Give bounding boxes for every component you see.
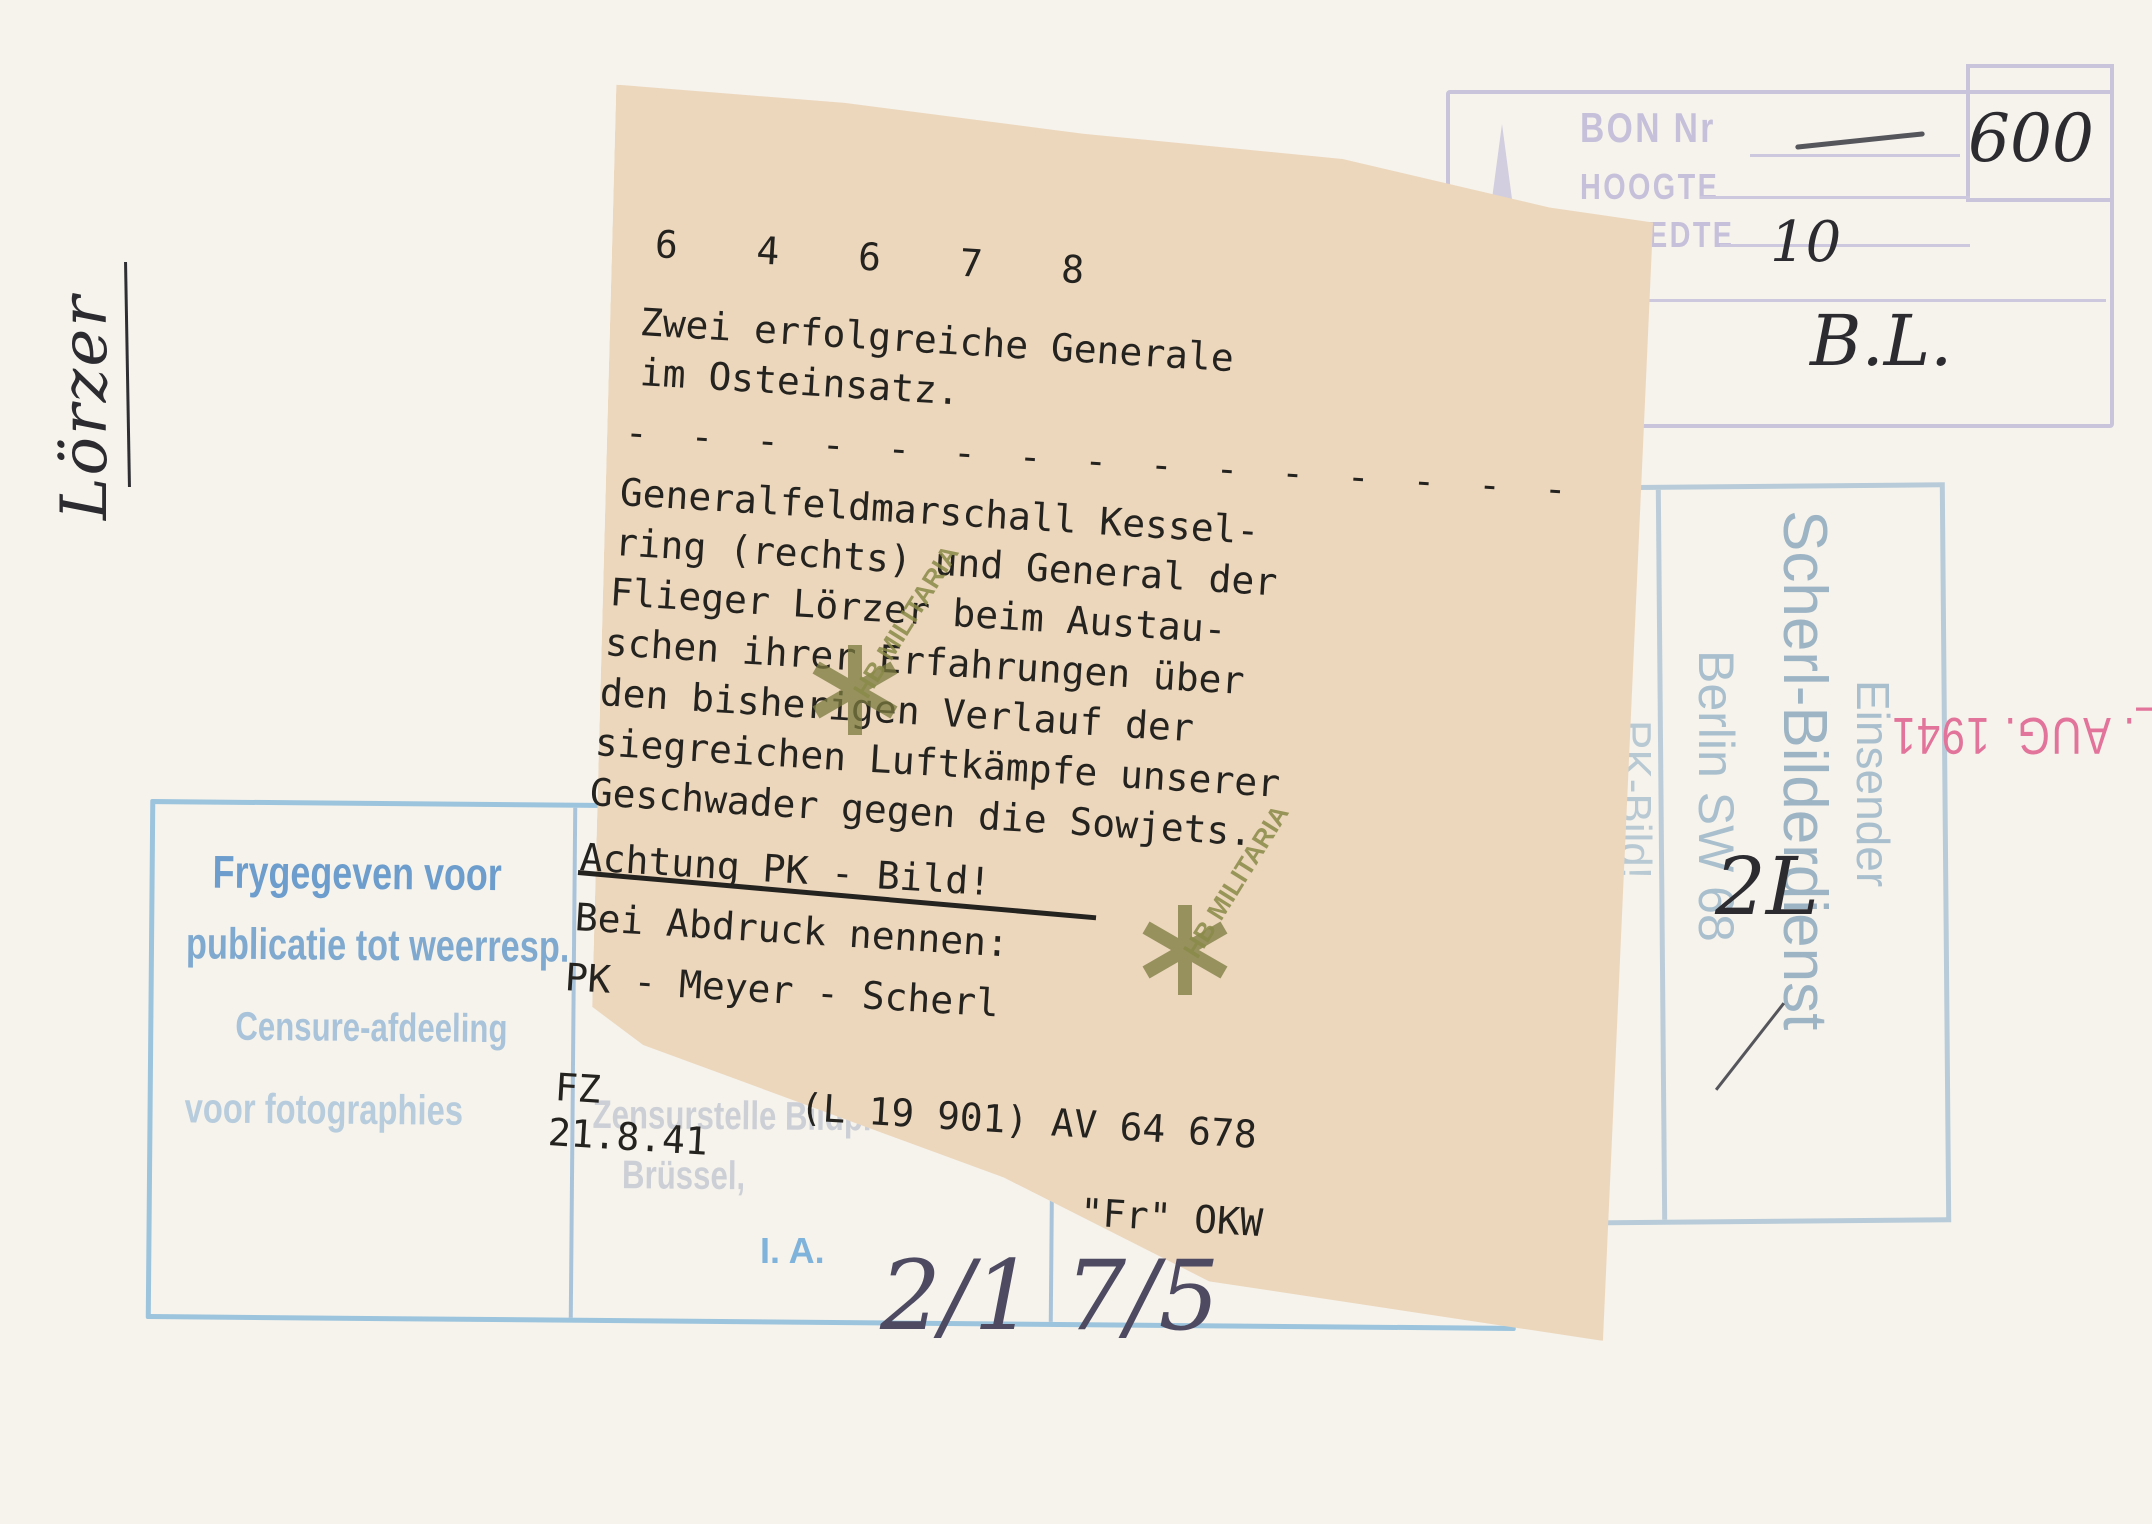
name-underline xyxy=(124,262,131,487)
dutch-line-1: Frygegeven voor xyxy=(212,845,502,902)
handwritten-mark: 2L xyxy=(1715,840,1819,933)
bon-label: BON Nr xyxy=(1580,104,1716,152)
ref-code: FZ xyxy=(554,1065,602,1112)
stamp-line xyxy=(1720,244,1970,247)
handwritten-signature: 2/1 7/5 xyxy=(880,1240,1220,1352)
dutch-line-2: publicatie tot weerresp. xyxy=(186,919,570,972)
signature-label: I. A. xyxy=(760,1230,825,1272)
handwritten-initials: B.L. xyxy=(1810,300,1952,382)
handwritten-bon-number: 600 xyxy=(1968,100,2094,177)
stamp-column-divider xyxy=(569,808,577,1318)
handwritten-name: Lörzer xyxy=(48,294,122,520)
stamp-line xyxy=(1750,154,1960,157)
date-stamp: 2_. AUG. 1941 xyxy=(1891,705,2152,765)
handwritten-height: 10 xyxy=(1770,210,1841,275)
dutch-line-3: Censure-afdeeling xyxy=(235,1005,508,1052)
hoogte-label: HOOGTE xyxy=(1580,166,1719,208)
stamp-line xyxy=(1700,196,1970,199)
dutch-line-4: voor fotographies xyxy=(184,1084,463,1134)
scherl-line-name: Scherl-Bilderdienst xyxy=(1769,510,1840,1030)
